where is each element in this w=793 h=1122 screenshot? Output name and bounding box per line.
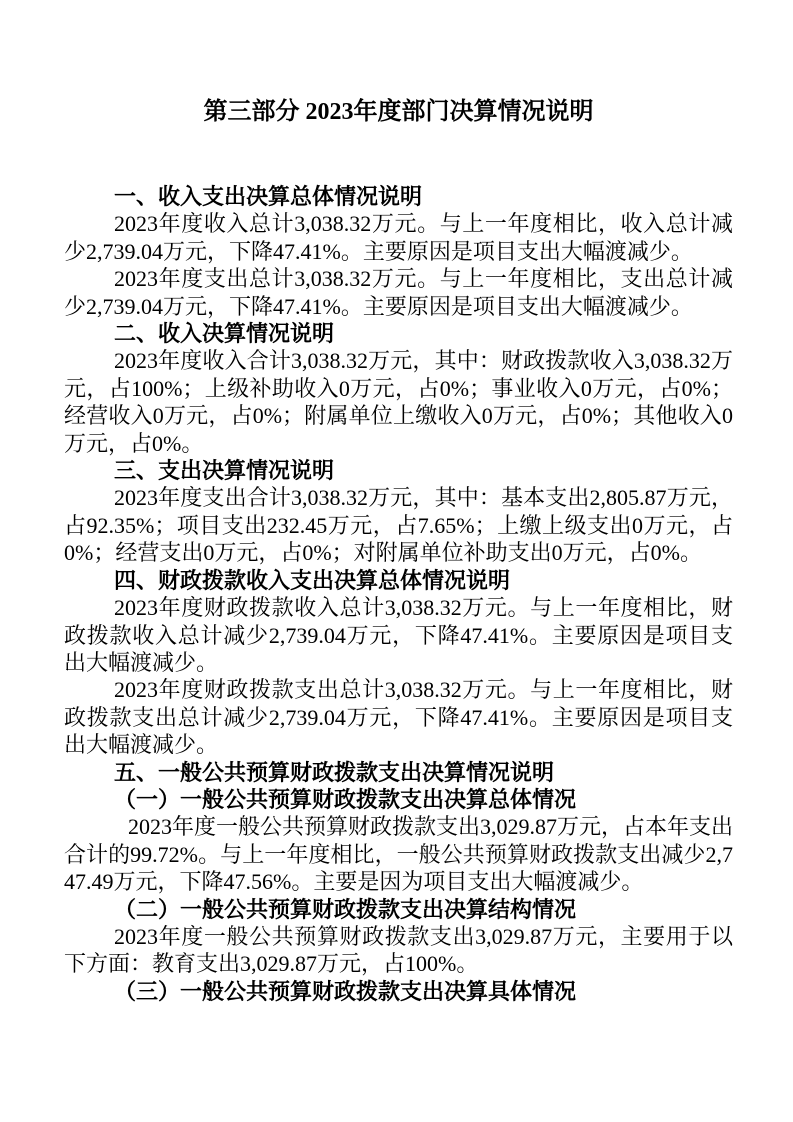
section-heading-1-income-expense-overview: 一、收入支出决算总体情况说明 (64, 183, 733, 210)
paragraph-expense-breakdown: 2023年度支出合计3,038.32万元，其中：基本支出2,805.87万元，占… (64, 484, 733, 566)
paragraph-fiscal-expense-total: 2023年度财政拨款支出总计3,038.32万元。与上一年度相比，财政拨款支出总… (64, 676, 733, 758)
section-heading-5-general-public-budget: 五、一般公共预算财政拨款支出决算情况说明 (64, 759, 733, 786)
subsection-heading-5-3-specific: （三）一般公共预算财政拨款支出决算具体情况 (64, 978, 733, 1005)
paragraph-income-total: 2023年度收入总计3,038.32万元。与上一年度相比，收入总计减少2,739… (64, 210, 733, 265)
section-heading-2-income-detail: 二、收入决算情况说明 (64, 320, 733, 347)
paragraph-income-breakdown: 2023年度收入合计3,038.32万元，其中：财政拨款收入3,038.32万元… (64, 347, 733, 457)
paragraph-expense-total: 2023年度支出总计3,038.32万元。与上一年度相比，支出总计减少2,739… (64, 265, 733, 320)
paragraph-fiscal-income-total: 2023年度财政拨款收入总计3,038.32万元。与上一年度相比，财政拨款收入总… (64, 594, 733, 676)
section-heading-3-expense-detail: 三、支出决算情况说明 (64, 457, 733, 484)
subsection-heading-5-2-structure: （二）一般公共预算财政拨款支出决算结构情况 (64, 896, 733, 923)
page-title: 第三部分 2023年度部门决算情况说明 (64, 97, 733, 127)
document-page: 第三部分 2023年度部门决算情况说明 一、收入支出决算总体情况说明 2023年… (0, 0, 793, 1122)
subsection-heading-5-1-overall: （一）一般公共预算财政拨款支出决算总体情况 (64, 786, 733, 813)
paragraph-general-budget-overall: 2023年度一般公共预算财政拨款支出3,029.87万元，占本年支出合计的99.… (64, 813, 733, 895)
section-heading-4-fiscal-appropriation-overview: 四、财政拨款收入支出决算总体情况说明 (64, 567, 733, 594)
paragraph-general-budget-structure: 2023年度一般公共预算财政拨款支出3,029.87万元，主要用于以下方面：教育… (64, 923, 733, 978)
